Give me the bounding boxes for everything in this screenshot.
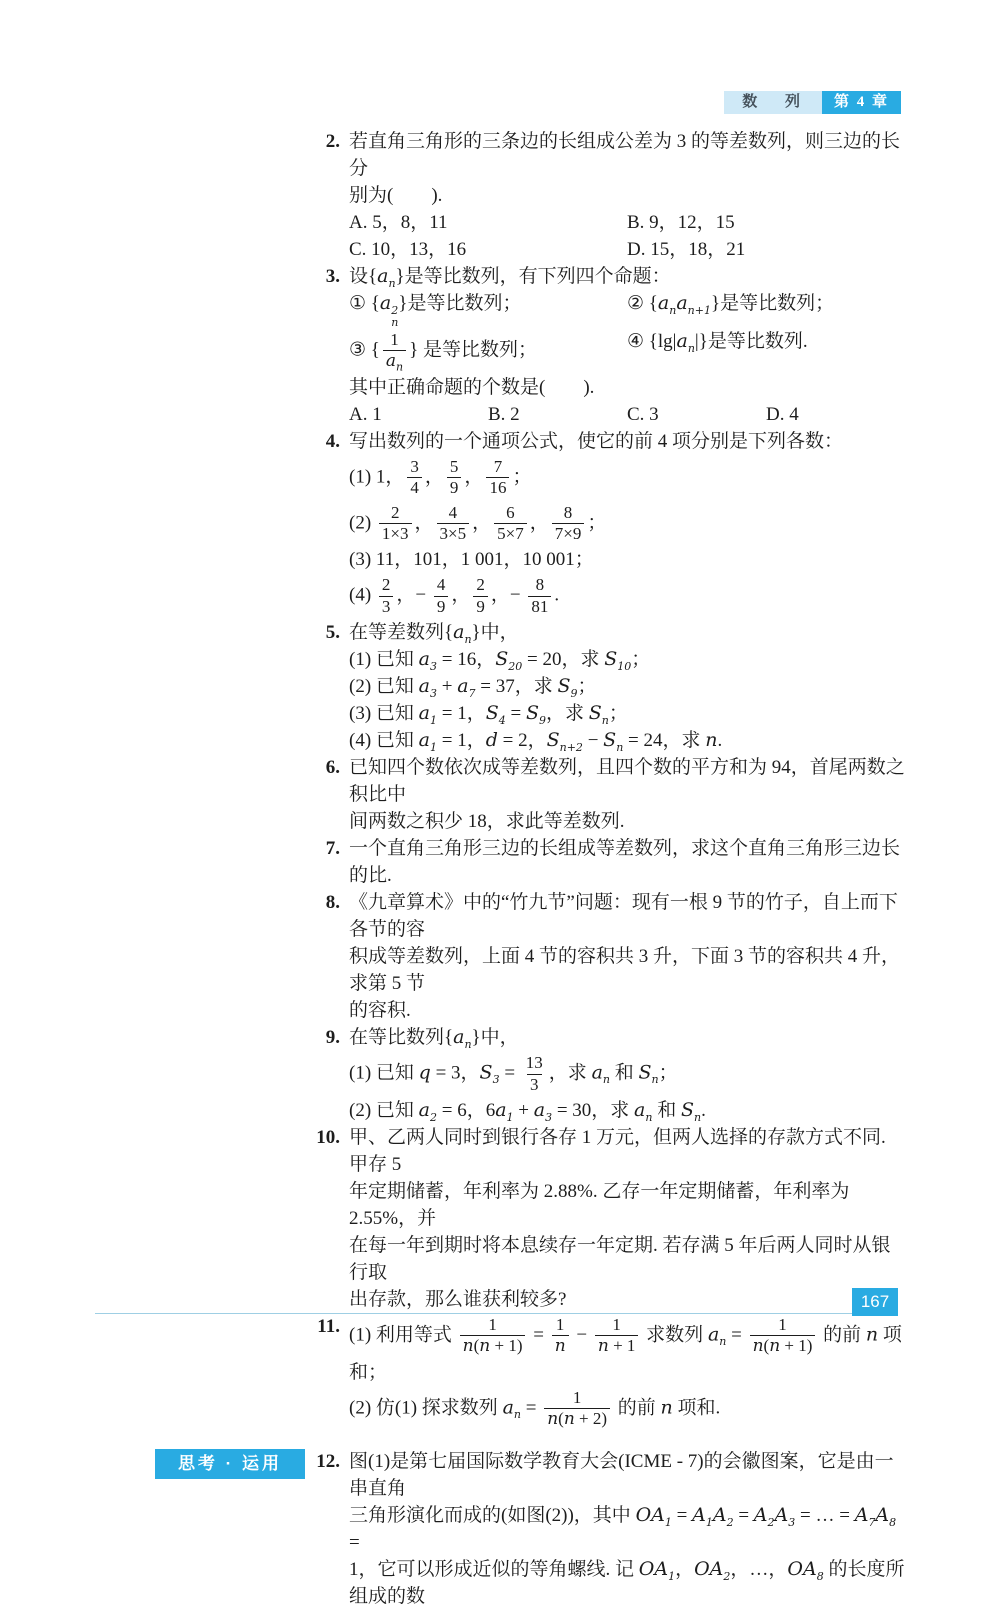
math-var: a	[419, 648, 430, 670]
subscript: 1	[665, 1515, 672, 1528]
subscript: n	[652, 1073, 659, 1086]
subscript: n	[688, 342, 695, 355]
text-run: 的前	[818, 1324, 866, 1345]
option-cell: D. 15，18，21	[627, 236, 905, 263]
problem-line: 出存款，那么谁获利较多?	[349, 1286, 905, 1313]
problem: 6.已知四个数依次成等差数列，且四个数的平方和为 94，首尾两数之积比中间两数之…	[312, 754, 905, 835]
text-run: 9	[437, 597, 446, 616]
math-var: A	[692, 1504, 706, 1526]
problem-number: 5.	[312, 619, 340, 646]
text-run: = 2，	[498, 730, 547, 751]
text-run: = 20，求	[522, 649, 604, 670]
text-run: ，求	[546, 703, 589, 724]
problem-line: (3) 11，101，1 001，10 001；	[349, 546, 905, 573]
chapter-section-title: 数 列	[724, 91, 822, 114]
problem-number: 9.	[312, 1024, 340, 1051]
problem: 思考 · 运用12.图(1)是第七届国际数学教育大会(ICME - 7)的会徽图…	[312, 1448, 905, 1610]
problem-body: 设{an}是等比数列，有下列四个命题：① {a2n}是等比数列；② {anan+…	[349, 263, 905, 428]
text-run: ；	[587, 512, 606, 533]
text-run: }中，	[472, 1027, 519, 1048]
text-run: 别为( ).	[349, 185, 442, 206]
subscript: n	[388, 277, 395, 290]
subscript: 20	[508, 660, 522, 673]
math-var: n	[866, 1323, 878, 1345]
problem-line: ③ {1an} 是等比数列；④ {lg|an|}是等比数列.	[349, 328, 905, 374]
problem-number: 11.	[312, 1313, 340, 1340]
text-run: .	[701, 1100, 706, 1121]
problem: 2.若直角三角形的三条边的长组成公差为 3 的等差数列，则三边的长分别为( ).…	[312, 128, 905, 263]
fraction: 87×9	[552, 503, 585, 545]
text-run: 1	[778, 1315, 787, 1334]
math-var: a	[658, 292, 669, 314]
subscript: n	[464, 633, 471, 646]
text-run: |}是等比数列.	[695, 331, 808, 352]
problem-line: (1) 利用等式 1n(n + 1) = 1n − 1n + 1 求数列 an …	[349, 1313, 905, 1386]
text-run: (2) 仿(1) 探求数列	[349, 1397, 503, 1418]
math-var: S	[681, 1099, 694, 1121]
text-run: ，−	[491, 585, 525, 606]
math-var: a	[386, 351, 396, 371]
option-cell: C. 10，13，16	[349, 236, 627, 263]
text-run: (2)	[349, 512, 376, 533]
problem-body: 甲、乙两人同时到银行各存 1 万元，但两人选择的存款方式不同. 甲存 5年定期储…	[349, 1124, 905, 1313]
math-var: a	[419, 675, 430, 697]
subscript: 10	[617, 660, 631, 673]
text-run: 6	[506, 503, 515, 522]
problem: 3.设{an}是等比数列，有下列四个命题：① {a2n}是等比数列；② {ana…	[312, 263, 905, 428]
problem-line: (1) 已知 a3 = 16，S20 = 20，求 S10；	[349, 646, 905, 673]
problem-line: 图(1)是第七届国际数学教育大会(ICME - 7)的会徽图案，它是由一串直角	[349, 1448, 905, 1502]
problem-body: 在等比数列{an}中，(1) 已知 q = 3，S3 = 133，求 an 和 …	[349, 1024, 905, 1124]
text-run: 甲、乙两人同时到银行各存 1 万元，但两人选择的存款方式不同. 甲存 5	[349, 1127, 886, 1175]
text-run: 13	[526, 1053, 543, 1072]
text-run: (4)	[349, 585, 376, 606]
text-run: C. 3	[627, 404, 659, 425]
text-run: ，−	[396, 585, 430, 606]
problems: 2.若直角三角形的三条边的长组成公差为 3 的等差数列，则三边的长分别为( ).…	[312, 128, 905, 1610]
text-run: −	[572, 1324, 592, 1345]
problem-line: 别为( ).	[349, 182, 905, 209]
math-var: n	[564, 1409, 575, 1429]
problem-line: 的容积.	[349, 997, 905, 1024]
text-run: =	[528, 1324, 548, 1345]
text-run: 81	[531, 597, 548, 616]
problem-line: 其中正确命题的个数是( ).	[349, 374, 905, 401]
text-run: + 1	[609, 1336, 636, 1355]
text-run: ，	[451, 585, 470, 606]
math-var: OA	[636, 1504, 665, 1526]
problem-line: 写出数列的一个通项公式，使它的前 4 项分别是下列各数：	[349, 428, 905, 455]
problem-body: 已知四个数依次成等差数列，且四个数的平方和为 94，首尾两数之积比中间两数之积少…	[349, 754, 905, 835]
fraction: 1n(n + 2)	[544, 1388, 610, 1430]
text-run: = 1，	[437, 703, 486, 724]
math-var: n	[753, 1336, 764, 1356]
text-run: ；	[609, 703, 628, 724]
option-cell: B. 9，12，15	[627, 209, 905, 236]
problem-line: 甲、乙两人同时到银行各存 1 万元，但两人选择的存款方式不同. 甲存 5	[349, 1124, 905, 1178]
subscript: n	[464, 1038, 471, 1051]
text-run: 1，它可以形成近似的等角螺线. 记	[349, 1559, 639, 1580]
problem-line: 在每一年到期时将本息续存一年定期. 若存满 5 年后两人同时从银行取	[349, 1232, 905, 1286]
text-run: D. 4	[766, 404, 799, 425]
text-run: B. 9，12，15	[627, 212, 735, 233]
text-run: ③ {	[349, 339, 380, 360]
problem-line: (2) 仿(1) 探求数列 an = 1n(n + 2) 的前 n 项和.	[349, 1386, 905, 1432]
page-number: 167	[852, 1288, 898, 1316]
math-var: n	[547, 1409, 558, 1429]
subscript: n	[396, 361, 403, 374]
text-run: 图(1)是第七届国际数学教育大会(ICME - 7)的会徽图案，它是由一串直角	[349, 1451, 894, 1499]
problem-line: 《九章算术》中的“竹九节”问题：现有一根 9 节的竹子，自上而下各节的容	[349, 889, 905, 943]
fraction: 21×3	[379, 503, 412, 545]
math-var: d	[486, 729, 498, 751]
math-var: A	[754, 1504, 768, 1526]
text-run: 1×3	[382, 524, 409, 543]
text-run: ，	[675, 1559, 694, 1580]
problem-number: 6.	[312, 754, 340, 781]
text-run: (1) 已知	[349, 649, 419, 670]
subscript: 9	[539, 714, 546, 727]
text-run: ，	[425, 466, 444, 487]
math-var: q	[419, 1061, 431, 1083]
option-cell: A. 1	[349, 401, 488, 428]
subscript: 9	[571, 687, 578, 700]
problem-line: 积成等差数列，上面 4 节的容积共 3 升，下面 3 节的容积共 4 升，求第 …	[349, 943, 905, 997]
text-run: .	[718, 730, 723, 751]
text-run: 1	[556, 1315, 565, 1334]
problem-number: 12.	[312, 1448, 340, 1475]
subscript: 1	[430, 741, 437, 754]
math-var: a	[708, 1323, 719, 1345]
text-run: 《九章算术》中的“竹九节”问题：现有一根 9 节的竹子，自上而下各节的容	[349, 892, 898, 940]
math-var: a	[676, 292, 687, 314]
math-var: a	[419, 1099, 430, 1121]
text-run: = 3，	[431, 1062, 480, 1083]
text-run: 4	[437, 575, 446, 594]
subscript: 3	[430, 687, 437, 700]
text-run: 一个直角三角形三边的长组成等差数列，求这个直角三角形三边长的比.	[349, 838, 900, 886]
subscript: 3	[493, 1073, 500, 1086]
math-var: a	[380, 292, 391, 314]
subscript: 2	[768, 1515, 775, 1528]
text-run: 2	[476, 575, 485, 594]
text-run: ① {	[349, 293, 380, 314]
problem-body: 在等差数列{an}中，(1) 已知 a3 = 16，S20 = 20，求 S10…	[349, 619, 905, 754]
text-run: 出存款，那么谁获利较多?	[349, 1289, 566, 1310]
math-var: OA	[694, 1558, 723, 1580]
problem: 10.甲、乙两人同时到银行各存 1 万元，但两人选择的存款方式不同. 甲存 5年…	[312, 1124, 905, 1313]
math-var: a	[419, 729, 430, 751]
option-cell: ① {a2n}是等比数列；	[349, 290, 627, 328]
math-var: S	[603, 729, 616, 751]
text-run: 1	[573, 1388, 582, 1407]
problem-body: 《九章算术》中的“竹九节”问题：现有一根 9 节的竹子，自上而下各节的容积成等差…	[349, 889, 905, 1024]
subscript: 4	[499, 714, 506, 727]
text-run: =	[734, 1505, 754, 1526]
footer-rule	[95, 1313, 855, 1314]
text-run: ；	[631, 649, 650, 670]
text-run: ；	[659, 1062, 678, 1083]
text-run: = 24，求	[623, 730, 705, 751]
problem-line: 设{an}是等比数列，有下列四个命题：	[349, 263, 905, 290]
math-var: a	[457, 675, 468, 697]
text-run: = 37，求	[476, 676, 558, 697]
text-run: (2) 已知	[349, 1100, 419, 1121]
problem-line: 在等比数列{an}中，	[349, 1024, 905, 1051]
fraction: 133	[523, 1053, 546, 1095]
problem: 5.在等差数列{an}中，(1) 已知 a3 = 16，S20 = 20，求 S…	[312, 619, 905, 754]
text-run: }中，	[472, 622, 519, 643]
subscript: n	[602, 714, 609, 727]
text-run: 若直角三角形的三条边的长组成公差为 3 的等差数列，则三边的长分	[349, 131, 900, 179]
option-cell: ② {anan+1}是等比数列；	[627, 290, 905, 328]
subscript: n	[603, 1073, 610, 1086]
math-var: S	[547, 729, 560, 751]
math-var: n	[463, 1336, 474, 1356]
problem-number: 8.	[312, 889, 340, 916]
text-run: }是等比数列；	[711, 293, 834, 314]
text-run: 1	[488, 1315, 497, 1334]
problem-body: 若直角三角形的三条边的长组成公差为 3 的等差数列，则三边的长分别为( ).A.…	[349, 128, 905, 263]
fraction: 881	[528, 575, 551, 617]
math-var: S	[639, 1061, 652, 1083]
text-run: D. 15，18，21	[627, 239, 745, 260]
math-var: n	[555, 1336, 566, 1356]
problem-body: 写出数列的一个通项公式，使它的前 4 项分别是下列各数：(1) 1，34，59，…	[349, 428, 905, 619]
math-var: OA	[639, 1558, 668, 1580]
subscript: 1	[430, 714, 437, 727]
problem-line: 1，它可以形成近似的等角螺线. 记 OA1，OA2，…，OA8 的长度所组成的数	[349, 1556, 905, 1610]
text-run: ④ {lg|	[627, 331, 677, 352]
text-run: 年定期储蓄，年利率为 2.88%. 乙存一年定期储蓄，年利率为 2.55%，并	[349, 1181, 849, 1229]
math-var: a	[503, 1396, 514, 1418]
math-var: S	[486, 702, 499, 724]
math-var: n	[661, 1396, 673, 1418]
problem-line: (2) 已知 a3 + a7 = 37，求 S9；	[349, 673, 905, 700]
text-run: 1	[612, 1315, 621, 1334]
fraction: 1an	[383, 330, 406, 372]
fraction: 43×5	[437, 503, 470, 545]
option-cell: C. 3	[627, 401, 766, 428]
math-var: a	[592, 1061, 603, 1083]
fraction: 49	[434, 575, 449, 617]
problem-line: 若直角三角形的三条边的长组成公差为 3 的等差数列，则三边的长分	[349, 128, 905, 182]
text-run: A. 5，8，11	[349, 212, 448, 233]
text-run: 9	[476, 597, 485, 616]
text-run: =	[349, 1532, 360, 1553]
math-var: a	[377, 265, 388, 287]
text-run: ；	[578, 676, 597, 697]
text-run: =	[672, 1505, 692, 1526]
text-run: 7×9	[555, 524, 582, 543]
text-run: −	[583, 730, 603, 751]
text-run: A. 1	[349, 404, 382, 425]
text-run: 在等差数列{	[349, 622, 453, 643]
problem: 4.写出数列的一个通项公式，使它的前 4 项分别是下列各数：(1) 1，34，5…	[312, 428, 905, 619]
math-var: a	[453, 1026, 464, 1048]
text-run: }是等比数列；	[398, 293, 521, 314]
problem-body: (1) 利用等式 1n(n + 1) = 1n − 1n + 1 求数列 an …	[349, 1313, 905, 1432]
option-cell: ④ {lg|an|}是等比数列.	[627, 328, 905, 374]
math-var: S	[558, 675, 571, 697]
text-run: 其中正确命题的个数是( ).	[349, 377, 594, 398]
text-run: ，	[464, 466, 483, 487]
text-run: = 16，	[437, 649, 495, 670]
subscript: 2	[727, 1515, 734, 1528]
math-var: S	[495, 648, 508, 670]
text-run: 3×5	[440, 524, 467, 543]
text-run: ，	[472, 512, 491, 533]
math-var: S	[589, 702, 602, 724]
text-run: 间两数之积少 18，求此等差数列.	[349, 811, 625, 832]
problem-line: (1) 已知 q = 3，S3 = 133，求 an 和 Sn；	[349, 1051, 905, 1097]
math-var: n	[705, 729, 717, 751]
problem-line: (4) 23，− 49，29，− 881.	[349, 573, 905, 619]
text-run: =	[506, 703, 526, 724]
math-var: n	[769, 1336, 780, 1356]
text-run: 和	[652, 1100, 681, 1121]
text-run: 8	[564, 503, 573, 522]
fraction: 65×7	[494, 503, 527, 545]
text-run: 9	[450, 478, 459, 497]
math-var: a	[495, 1099, 506, 1121]
text-run: } 是等比数列；	[409, 339, 537, 360]
fraction: 1n + 1	[595, 1315, 639, 1357]
text-run: 7	[494, 457, 503, 476]
text-run: = 30，求	[552, 1100, 634, 1121]
text-run: 5	[450, 457, 459, 476]
text-run: = … =	[795, 1505, 854, 1526]
text-run: 求数列	[641, 1324, 708, 1345]
subscript: 8	[889, 1515, 896, 1528]
option-cell: D. 4	[766, 401, 905, 428]
text-run: 项和.	[673, 1397, 721, 1418]
page-header: 数 列 第 4 章	[724, 91, 901, 114]
problem-number: 4.	[312, 428, 340, 455]
text-run: 3	[382, 597, 391, 616]
text-run: 在每一年到期时将本息续存一年定期. 若存满 5 年后两人同时从银行取	[349, 1235, 891, 1283]
problem: 8.《九章算术》中的“竹九节”问题：现有一根 9 节的竹子，自上而下各节的容积成…	[312, 889, 905, 1024]
text-run: }是等比数列，有下列四个命题：	[396, 266, 671, 287]
problem-number: 3.	[312, 263, 340, 290]
text-run: = 1，	[437, 730, 486, 751]
text-run: 8	[536, 575, 545, 594]
text-run: B. 2	[488, 404, 520, 425]
option-cell: ③ {1an} 是等比数列；	[349, 328, 627, 374]
text-run: 和	[610, 1062, 639, 1083]
fraction: 1n(n + 1)	[750, 1315, 816, 1357]
text-run: =	[500, 1062, 520, 1083]
problem-line: 在等差数列{an}中，	[349, 619, 905, 646]
problem-line: 三角形演化而成的(如图(2))，其中 OA1 = A1A2 = A2A3 = ……	[349, 1502, 905, 1556]
text-run: 写出数列的一个通项公式，使它的前 4 项分别是下列各数：	[349, 431, 843, 452]
text-run: ，…，	[730, 1559, 787, 1580]
fraction: 34	[407, 457, 422, 499]
problem-line: 间两数之积少 18，求此等差数列.	[349, 808, 905, 835]
math-var: A	[713, 1504, 727, 1526]
problem-line: A. 5，8，11B. 9，12，15	[349, 209, 905, 236]
text-run: (3) 已知	[349, 703, 419, 724]
problem-line: C. 10，13，16D. 15，18，21	[349, 236, 905, 263]
problem-line: 一个直角三角形三边的长组成等差数列，求这个直角三角形三边长的比.	[349, 835, 905, 889]
math-var: S	[480, 1061, 493, 1083]
fraction: 29	[473, 575, 488, 617]
fraction: 23	[379, 575, 394, 617]
problem-line: ① {a2n}是等比数列；② {anan+1}是等比数列；	[349, 290, 905, 328]
text-run: 4	[449, 503, 458, 522]
math-var: S	[604, 648, 617, 670]
option-cell: B. 2	[488, 401, 627, 428]
problem-number: 2.	[312, 128, 340, 155]
math-var: n	[598, 1336, 609, 1356]
think-apply-label: 思考 · 运用	[155, 1449, 305, 1479]
problem-line: (4) 已知 a1 = 1，d = 2，Sn+2 − Sn = 24，求 n.	[349, 727, 905, 754]
text-run: .	[554, 585, 559, 606]
text-run: 设{	[349, 266, 377, 287]
text-run: + 2)	[575, 1409, 607, 1428]
text-run: (4) 已知	[349, 730, 419, 751]
text-run: C. 10，13，16	[349, 239, 466, 260]
text-run: +	[514, 1100, 534, 1121]
text-run: 4	[410, 478, 419, 497]
problem-line: (1) 1，34，59，716；	[349, 455, 905, 501]
text-run: (1) 利用等式	[349, 1324, 457, 1345]
text-run: (3) 11，101，1 001，10 001；	[349, 549, 594, 570]
text-run: (1) 已知	[349, 1062, 419, 1083]
text-run: (2) 已知	[349, 676, 419, 697]
math-var: a	[453, 621, 464, 643]
problem-line: (3) 已知 a1 = 1，S4 = S9，求 Sn；	[349, 700, 905, 727]
math-var: a	[419, 702, 430, 724]
text-run: 的容积.	[349, 1000, 411, 1021]
option-cell: A. 5，8，11	[349, 209, 627, 236]
text-run: +	[437, 676, 457, 697]
math-var: a	[534, 1099, 545, 1121]
text-run: 积成等差数列，上面 4 节的容积共 3 升，下面 3 节的容积共 4 升，求第 …	[349, 946, 900, 994]
subscript: 1	[706, 1515, 713, 1528]
text-run: (1) 1，	[349, 466, 404, 487]
problem-line: (2) 21×3，43×5，65×7，87×9；	[349, 501, 905, 547]
text-run: 已知四个数依次成等差数列，且四个数的平方和为 94，首尾两数之积比中	[349, 757, 905, 805]
math-var: n	[479, 1336, 490, 1356]
text-run: ，	[415, 512, 434, 533]
text-run: 16	[489, 478, 506, 497]
problem-line: (2) 已知 a2 = 6，6a1 + a3 = 30，求 an 和 Sn.	[349, 1097, 905, 1124]
fraction: 1n	[552, 1315, 569, 1357]
problem-line: A. 1B. 2C. 3D. 4	[349, 401, 905, 428]
math-var: a	[634, 1099, 645, 1121]
fraction: 716	[486, 457, 509, 499]
text-run: + 1)	[490, 1336, 522, 1355]
problem-line: 年定期储蓄，年利率为 2.88%. 乙存一年定期储蓄，年利率为 2.55%，并	[349, 1178, 905, 1232]
text-run: 3	[530, 1075, 539, 1094]
text-run: 1	[390, 330, 399, 349]
subscript: 7	[469, 687, 476, 700]
problem-body: 一个直角三角形三边的长组成等差数列，求这个直角三角形三边长的比.	[349, 835, 905, 889]
text-run: + 1)	[780, 1336, 812, 1355]
math-var: S	[526, 702, 539, 724]
math-var: OA	[787, 1558, 816, 1580]
text-run: 在等比数列{	[349, 1027, 453, 1048]
problem: 9.在等比数列{an}中，(1) 已知 q = 3，S3 = 133，求 an …	[312, 1024, 905, 1124]
math-var: a	[677, 330, 688, 352]
subscript: 2	[430, 1111, 437, 1124]
text-run: =	[726, 1324, 746, 1345]
text-run: ，	[530, 512, 549, 533]
subscript: n+2	[560, 741, 583, 754]
text-run: =	[521, 1397, 541, 1418]
fraction: 59	[447, 457, 462, 499]
